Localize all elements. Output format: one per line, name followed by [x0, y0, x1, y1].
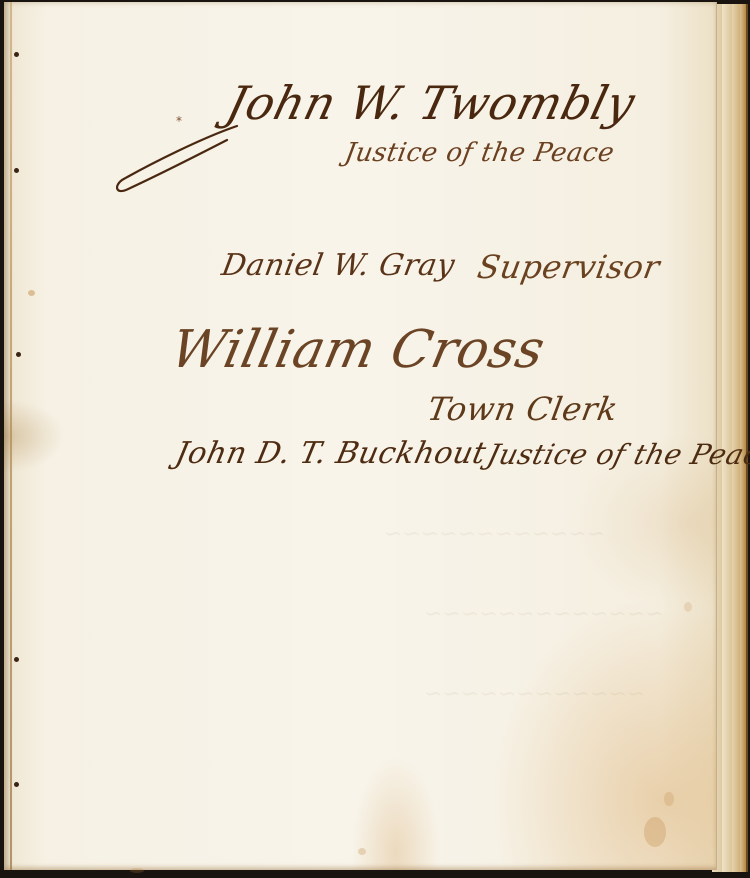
foxing-stain	[28, 290, 35, 296]
foxing-stain	[684, 602, 692, 612]
foxing-stain	[644, 817, 666, 847]
signature-title: Justice of the Peace	[484, 438, 750, 471]
signature-title: Supervisor	[475, 248, 663, 286]
binding-mark	[14, 657, 19, 662]
signature-name: William Cross	[166, 320, 550, 380]
binding-mark	[16, 352, 21, 357]
signature-flourish-icon	[112, 118, 252, 198]
foxing-stain	[130, 868, 144, 873]
signature-name: John D. T. Buckhout	[172, 436, 489, 471]
signature-name: Daniel W. Gray	[219, 248, 458, 283]
signature-title: Justice of the Peace	[342, 138, 616, 168]
binding-mark	[14, 782, 19, 787]
foxing-stain	[664, 792, 674, 806]
binding-mark	[14, 168, 19, 173]
bleed-through-text: ~~~~~~~~~~~~	[384, 522, 605, 547]
document-scan: ~~~~~~~~~~~~ ~~~~~~~~~~~~~ ~~~~~~~~~~~~ …	[0, 0, 750, 878]
signature-title: Town Clerk	[425, 390, 621, 428]
bleed-through-text: ~~~~~~~~~~~~~	[424, 602, 664, 627]
binding-mark	[14, 52, 19, 57]
binding-gutter	[10, 2, 12, 870]
signature-name: John W. Twombly	[221, 76, 640, 130]
foxing-stain	[358, 848, 366, 855]
bleed-through-text: ~~~~~~~~~~~~	[424, 682, 645, 707]
